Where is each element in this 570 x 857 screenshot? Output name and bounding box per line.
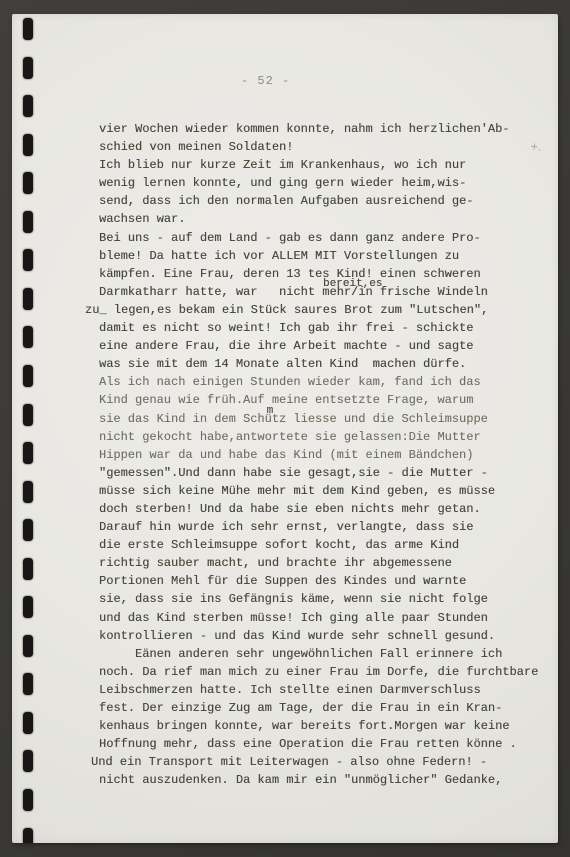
text-line: sie das Kind in dem Schütz liesse und di…: [99, 410, 558, 428]
text-line: doch sterben! Und da habe sie eben nicht…: [99, 500, 558, 518]
text-line: wenig lernen konnte, und ging gern wiede…: [99, 174, 558, 192]
text-line: zu_ legen,es bekam ein Stück saures Brot…: [85, 301, 558, 319]
text-line: Bei uns - auf dem Land - gab es dann gan…: [99, 229, 558, 247]
text-line: eine andere Frau, die ihre Arbeit machte…: [99, 337, 558, 355]
text-line: kontrollieren - und das Kind wurde sehr …: [99, 627, 558, 645]
punch-hole: [23, 789, 33, 811]
typed-insertion: m: [267, 402, 274, 420]
punch-hole: [23, 172, 33, 194]
text-line: Hippen war da und habe das Kind (mit ein…: [99, 446, 558, 464]
punch-hole: [23, 57, 33, 79]
punch-hole: [23, 18, 33, 40]
punch-hole-strip: [12, 14, 52, 843]
text-line: nicht auszudenken. Da kam mir ein "unmög…: [99, 771, 558, 789]
text-line: Darauf hin wurde ich sehr ernst, verlang…: [99, 518, 558, 536]
text-line: send, dass ich den normalen Aufgaben aus…: [99, 192, 558, 210]
punch-hole: [23, 211, 33, 233]
punch-hole: [23, 442, 33, 464]
punch-hole: [23, 249, 33, 271]
punch-hole: [23, 828, 33, 843]
text-line: Darmkatharr hatte, war nicht mehr/in fri…: [99, 283, 558, 301]
punch-hole: [23, 712, 33, 734]
body-text: vier Wochen wieder kommen konnte, nahm i…: [99, 120, 558, 789]
punch-hole: [23, 635, 33, 657]
punch-hole: [23, 750, 33, 772]
text-line: damit es nicht so weint! Ich gab ihr fre…: [99, 319, 558, 337]
punch-hole: [23, 404, 33, 426]
document-page: - 52 - vier Wochen wieder kommen konnte,…: [12, 14, 558, 843]
typed-insertion: bereit,es: [323, 275, 382, 293]
pencil-mark: +.: [529, 141, 542, 154]
text-line: nicht gekocht habe,antwortete sie gelass…: [99, 428, 558, 446]
text-line: kenhaus bringen konnte, war bereits fort…: [99, 717, 558, 735]
text-line: und das Kind sterben müsse! Ich ging all…: [99, 609, 558, 627]
text-line: Eänen anderen sehr ungewöhnlichen Fall e…: [99, 645, 558, 663]
punch-hole: [23, 596, 33, 618]
text-line: sie, dass sie ins Gefängnis käme, wenn s…: [99, 590, 558, 608]
text-line: vier Wochen wieder kommen konnte, nahm i…: [99, 120, 558, 138]
punch-hole: [23, 481, 33, 503]
text-line: Und ein Transport mit Leiterwagen - also…: [91, 753, 558, 771]
text-line: Als ich nach einigen Stunden wieder kam,…: [99, 373, 558, 391]
text-line: Leibschmerzen hatte. Ich stellte einen D…: [99, 681, 558, 699]
text-line: Ich blieb nur kurze Zeit im Krankenhaus,…: [99, 156, 558, 174]
punch-hole: [23, 558, 33, 580]
punch-hole: [23, 288, 33, 310]
punch-hole: [23, 134, 33, 156]
punch-hole: [23, 673, 33, 695]
text-line: Hoffnung mehr, dass eine Operation die F…: [99, 735, 558, 753]
text-line: richtig sauber macht, und brachte ihr ab…: [99, 554, 558, 572]
text-line: müsse sich keine Mühe mehr mit dem Kind …: [99, 482, 558, 500]
page-number: - 52 -: [241, 74, 290, 88]
text-line: fest. Der einzige Zug am Tage, der die F…: [99, 699, 558, 717]
punch-hole: [23, 365, 33, 387]
text-line: "gemessen".Und dann habe sie gesagt,sie …: [99, 464, 558, 482]
text-line: die erste Schleimsuppe sofort kocht, das…: [99, 536, 558, 554]
punch-hole: [23, 519, 33, 541]
text-line: bleme! Da hatte ich vor ALLEM MIT Vorste…: [99, 247, 558, 265]
text-line: schied von meinen Soldaten!: [99, 138, 558, 156]
text-line: wachsen war.: [99, 210, 558, 228]
punch-hole: [23, 95, 33, 117]
punch-hole: [23, 326, 33, 348]
text-line: Portionen Mehl für die Suppen des Kindes…: [99, 572, 558, 590]
text-line: Kind genau wie früh.Auf meine entsetzte …: [99, 391, 558, 409]
text-line: noch. Da rief man mich zu einer Frau im …: [99, 663, 558, 681]
text-line: was sie mit dem 14 Monate alten Kind mac…: [99, 355, 558, 373]
